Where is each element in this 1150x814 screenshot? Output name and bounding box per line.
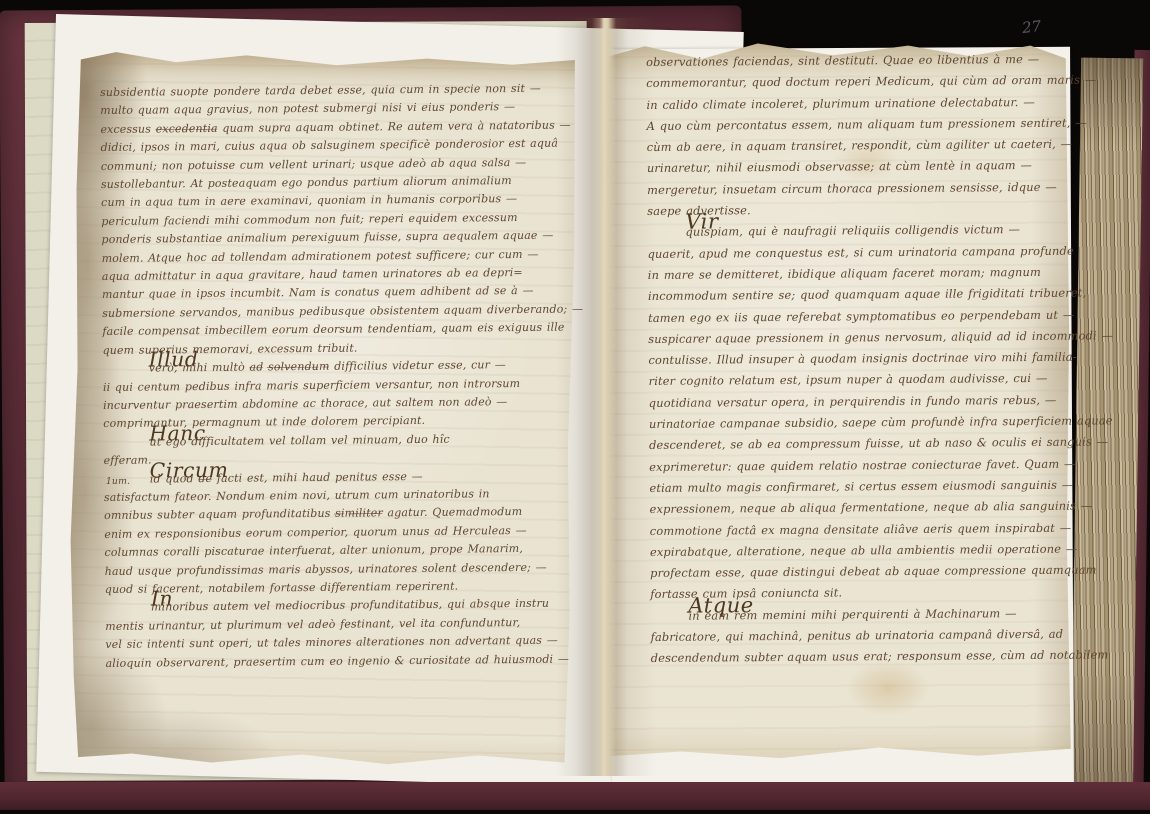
paragraph-initial: Circum [150, 469, 229, 470]
right-page-text: observationes faciendas, sint destituti.… [646, 49, 1075, 670]
manuscript-photo: subsidentia suopte pondere tarda debet e… [0, 0, 1150, 814]
left-page-text: subsidentia suopte pondere tarda debet e… [100, 79, 584, 673]
manuscript-line: descendendum subter aquam usus erat; res… [651, 645, 1075, 670]
paragraph-initial: Atque [688, 605, 753, 606]
manuscript-line: Atque in eam rem memini mihi perquirenti… [688, 602, 1074, 626]
manuscript-line: Vir quispiam, qui è naufragii reliquiis … [685, 219, 1071, 243]
page-number: 27 [1021, 17, 1042, 37]
book-cover-bottom [0, 782, 1150, 810]
paragraph-initial: Hanc [149, 433, 205, 434]
fore-edge-pages [1071, 58, 1143, 801]
